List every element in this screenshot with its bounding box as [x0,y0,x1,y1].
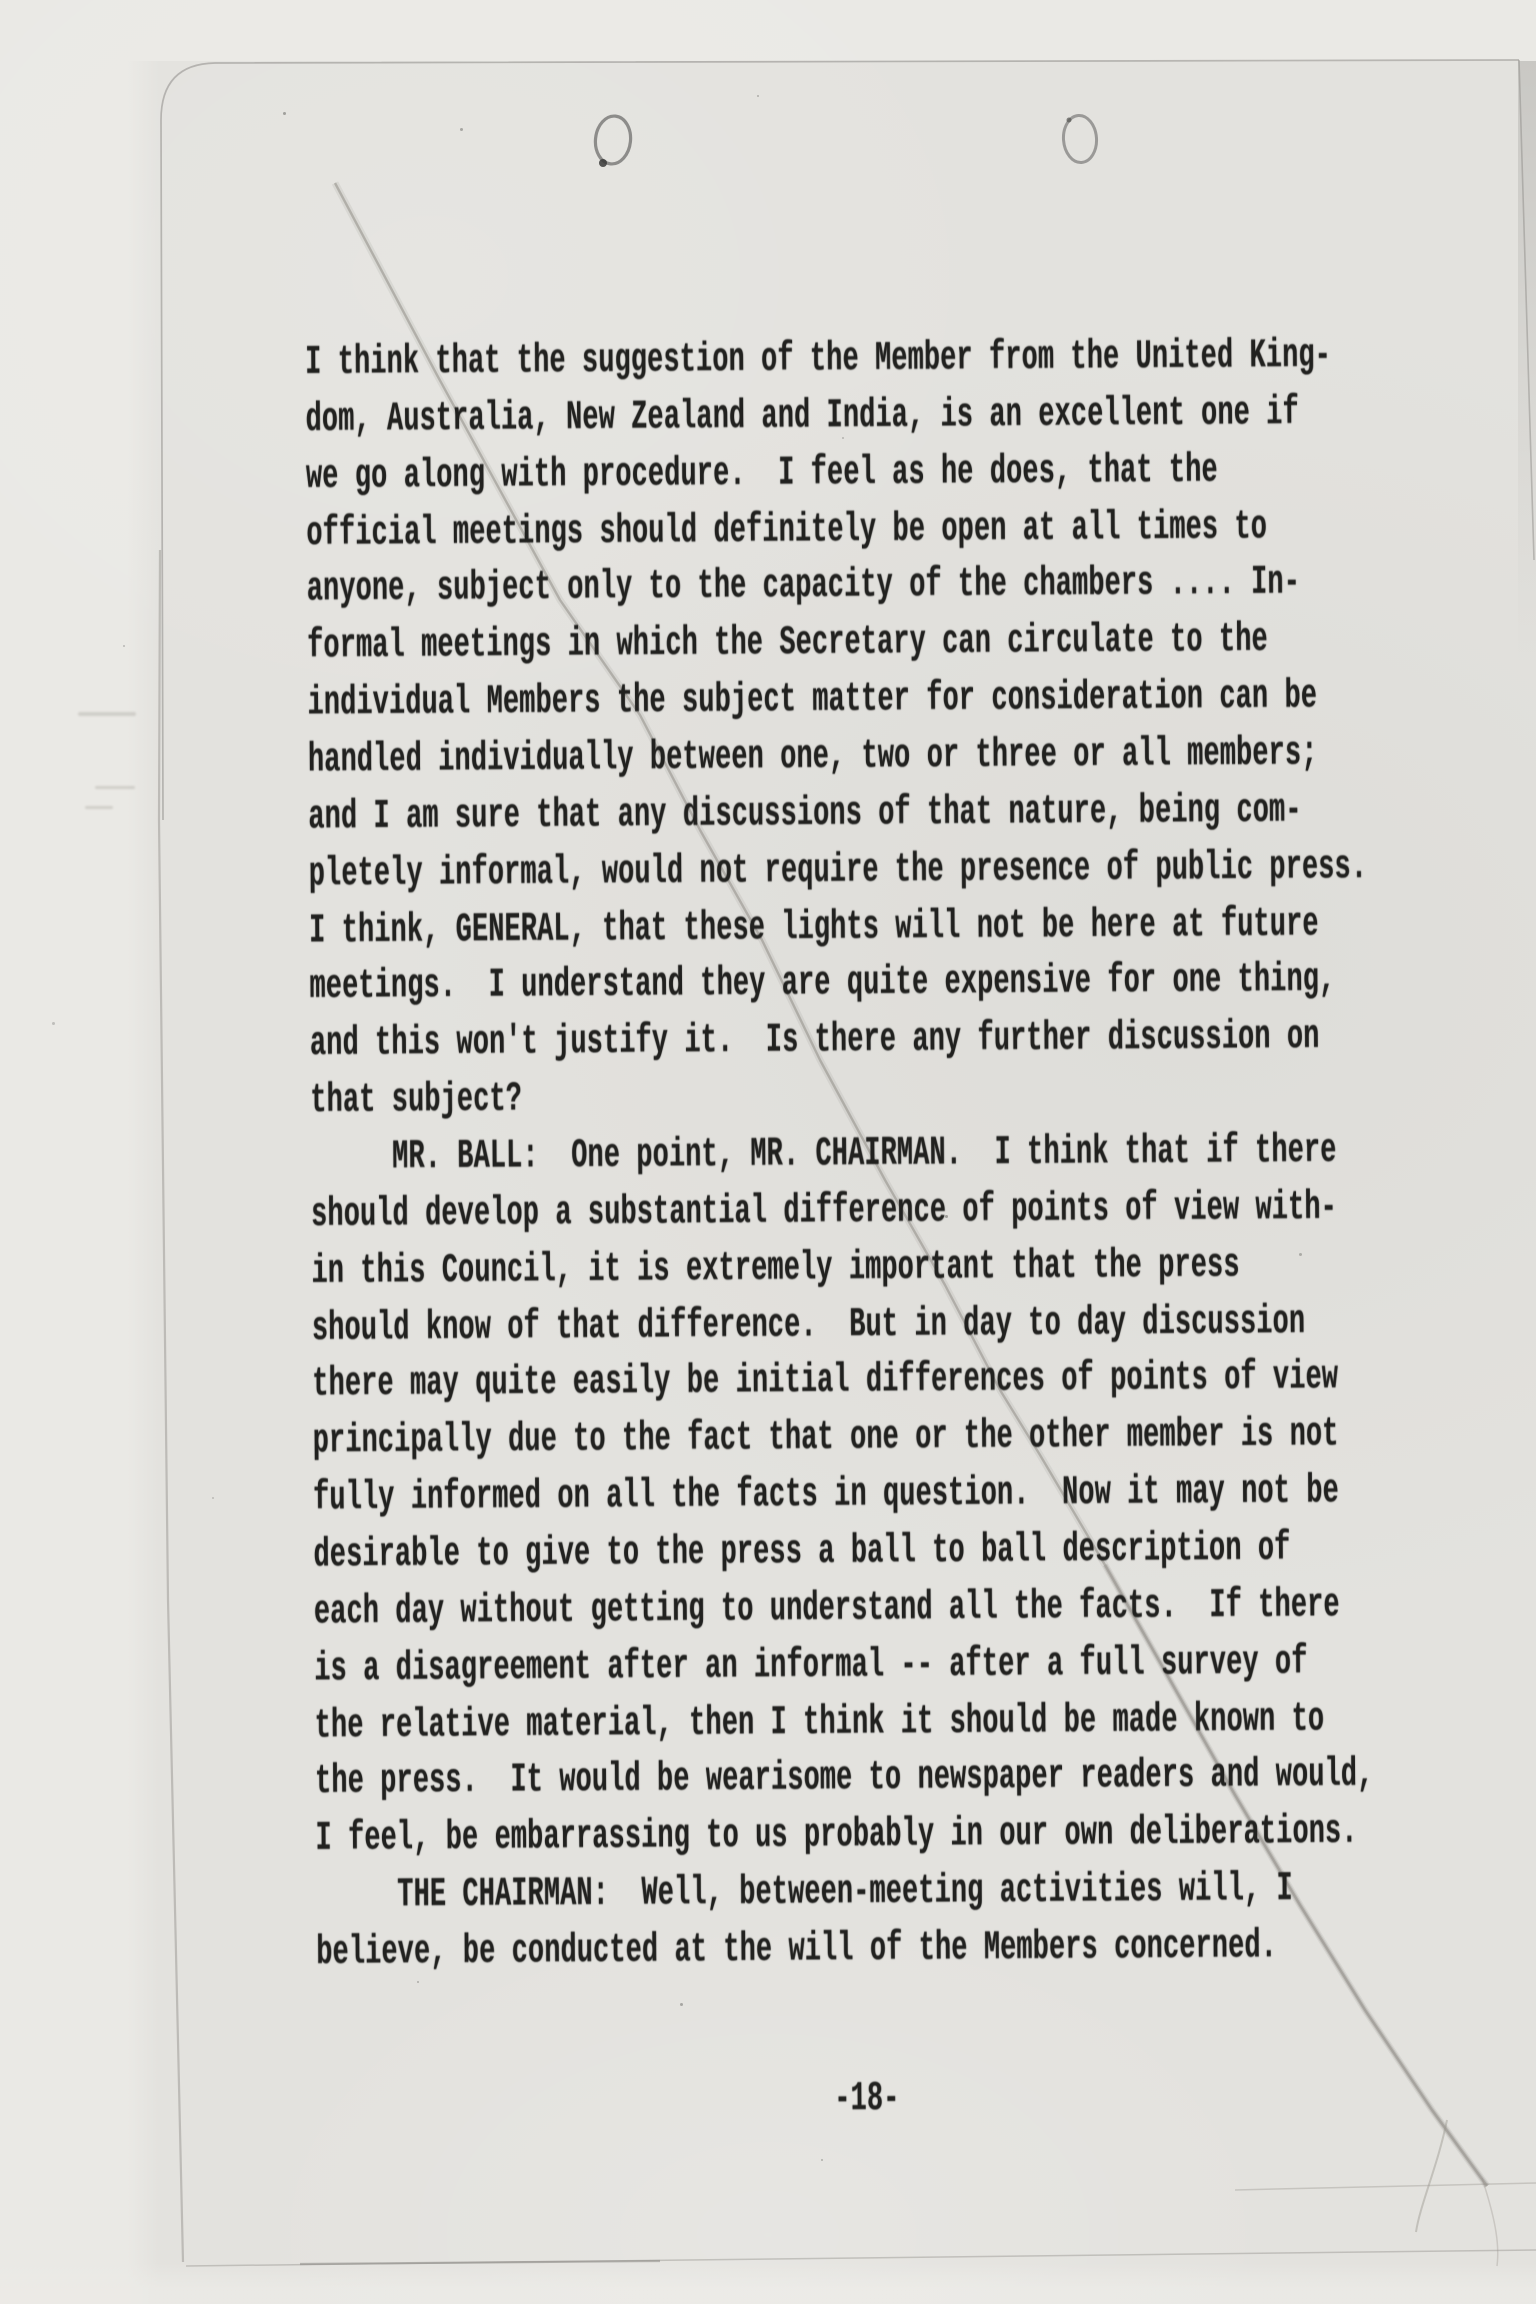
dust-speck [212,1497,214,1499]
text-line: formal meetings in which the Secretary c… [307,613,1407,677]
margin-smudge [95,786,135,789]
text-line: principally due to the fact that one or … [313,1408,1413,1472]
text-line: anyone, subject only to the capacity of … [307,556,1407,620]
typed-text-block: I think that the suggestion of the Membe… [305,329,1416,1984]
text-line: dom, Australia, New Zealand and India, i… [305,386,1405,450]
text-line: believe, be conducted at the will of the… [316,1919,1416,1983]
paper-edge-bottom-dark-segment [300,2261,660,2264]
dust-speck [821,2159,823,2161]
text-line: is a disagreement after an informal -- a… [314,1635,1414,1699]
dust-speck [123,645,125,647]
text-line: I feel, be embarrassing to us probably i… [315,1806,1415,1870]
crease-branch-left [1416,2120,1447,2232]
text-line: I think, GENERAL, that these lights will… [309,897,1409,961]
dust-speck [283,112,286,115]
pen-oval-icon [593,114,633,165]
text-line: fully informed on all the facts in quest… [313,1465,1413,1529]
text-line: in this Council, it is extremely importa… [311,1238,1411,1302]
text-line: the press. It would be wearisome to news… [315,1749,1415,1813]
text-line: and I am sure that any discussions of th… [308,784,1408,848]
text-line: official meetings should definitely be o… [306,500,1406,564]
pen-circle-mark-left [593,114,633,165]
paper-edge-right [1519,60,1534,560]
text-line: MR. BALL: One point, MR. CHAIRMAN. I thi… [311,1124,1411,1188]
pen-ink-dot [1067,118,1072,123]
dust-speck [52,1022,55,1025]
scanned-page: I think that the suggestion of the Membe… [0,0,1536,2304]
text-line: I think that the suggestion of the Membe… [305,329,1405,393]
text-line: we go along with procedure. I feel as he… [306,443,1406,507]
text-line: should know of that difference. But in d… [312,1295,1412,1359]
dust-speck [460,128,463,131]
text-line: each day without getting to understand a… [314,1579,1414,1643]
text-line: that subject? [310,1068,1410,1132]
dust-speck [757,95,759,97]
dust-speck [680,2003,683,2006]
pen-ink-blob [599,159,607,167]
text-line: THE CHAIRMAN: Well, between-meeting acti… [316,1863,1416,1927]
text-line: pletely informal, would not require the … [309,840,1409,904]
margin-smudge [85,806,113,809]
margin-smudge [78,712,136,716]
text-line: meetings. I understand they are quite ex… [309,954,1409,1018]
text-line: and this won't justify it. Is there any … [310,1011,1410,1075]
paper-edge-bottom-right-inner [1235,2183,1536,2190]
text-line: the relative material, then I think it s… [315,1692,1415,1756]
text-line: should develop a substantial difference … [311,1181,1411,1245]
page-number: -18- [834,2073,900,2130]
crease-branch-right [1482,2178,1498,2266]
text-line: desirable to give to the press a ball to… [313,1522,1413,1586]
text-line: handled individually between one, two or… [308,727,1408,791]
text-line: individual Members the subject matter fo… [307,670,1407,734]
text-line: there may quite easily be initial differ… [312,1351,1412,1415]
